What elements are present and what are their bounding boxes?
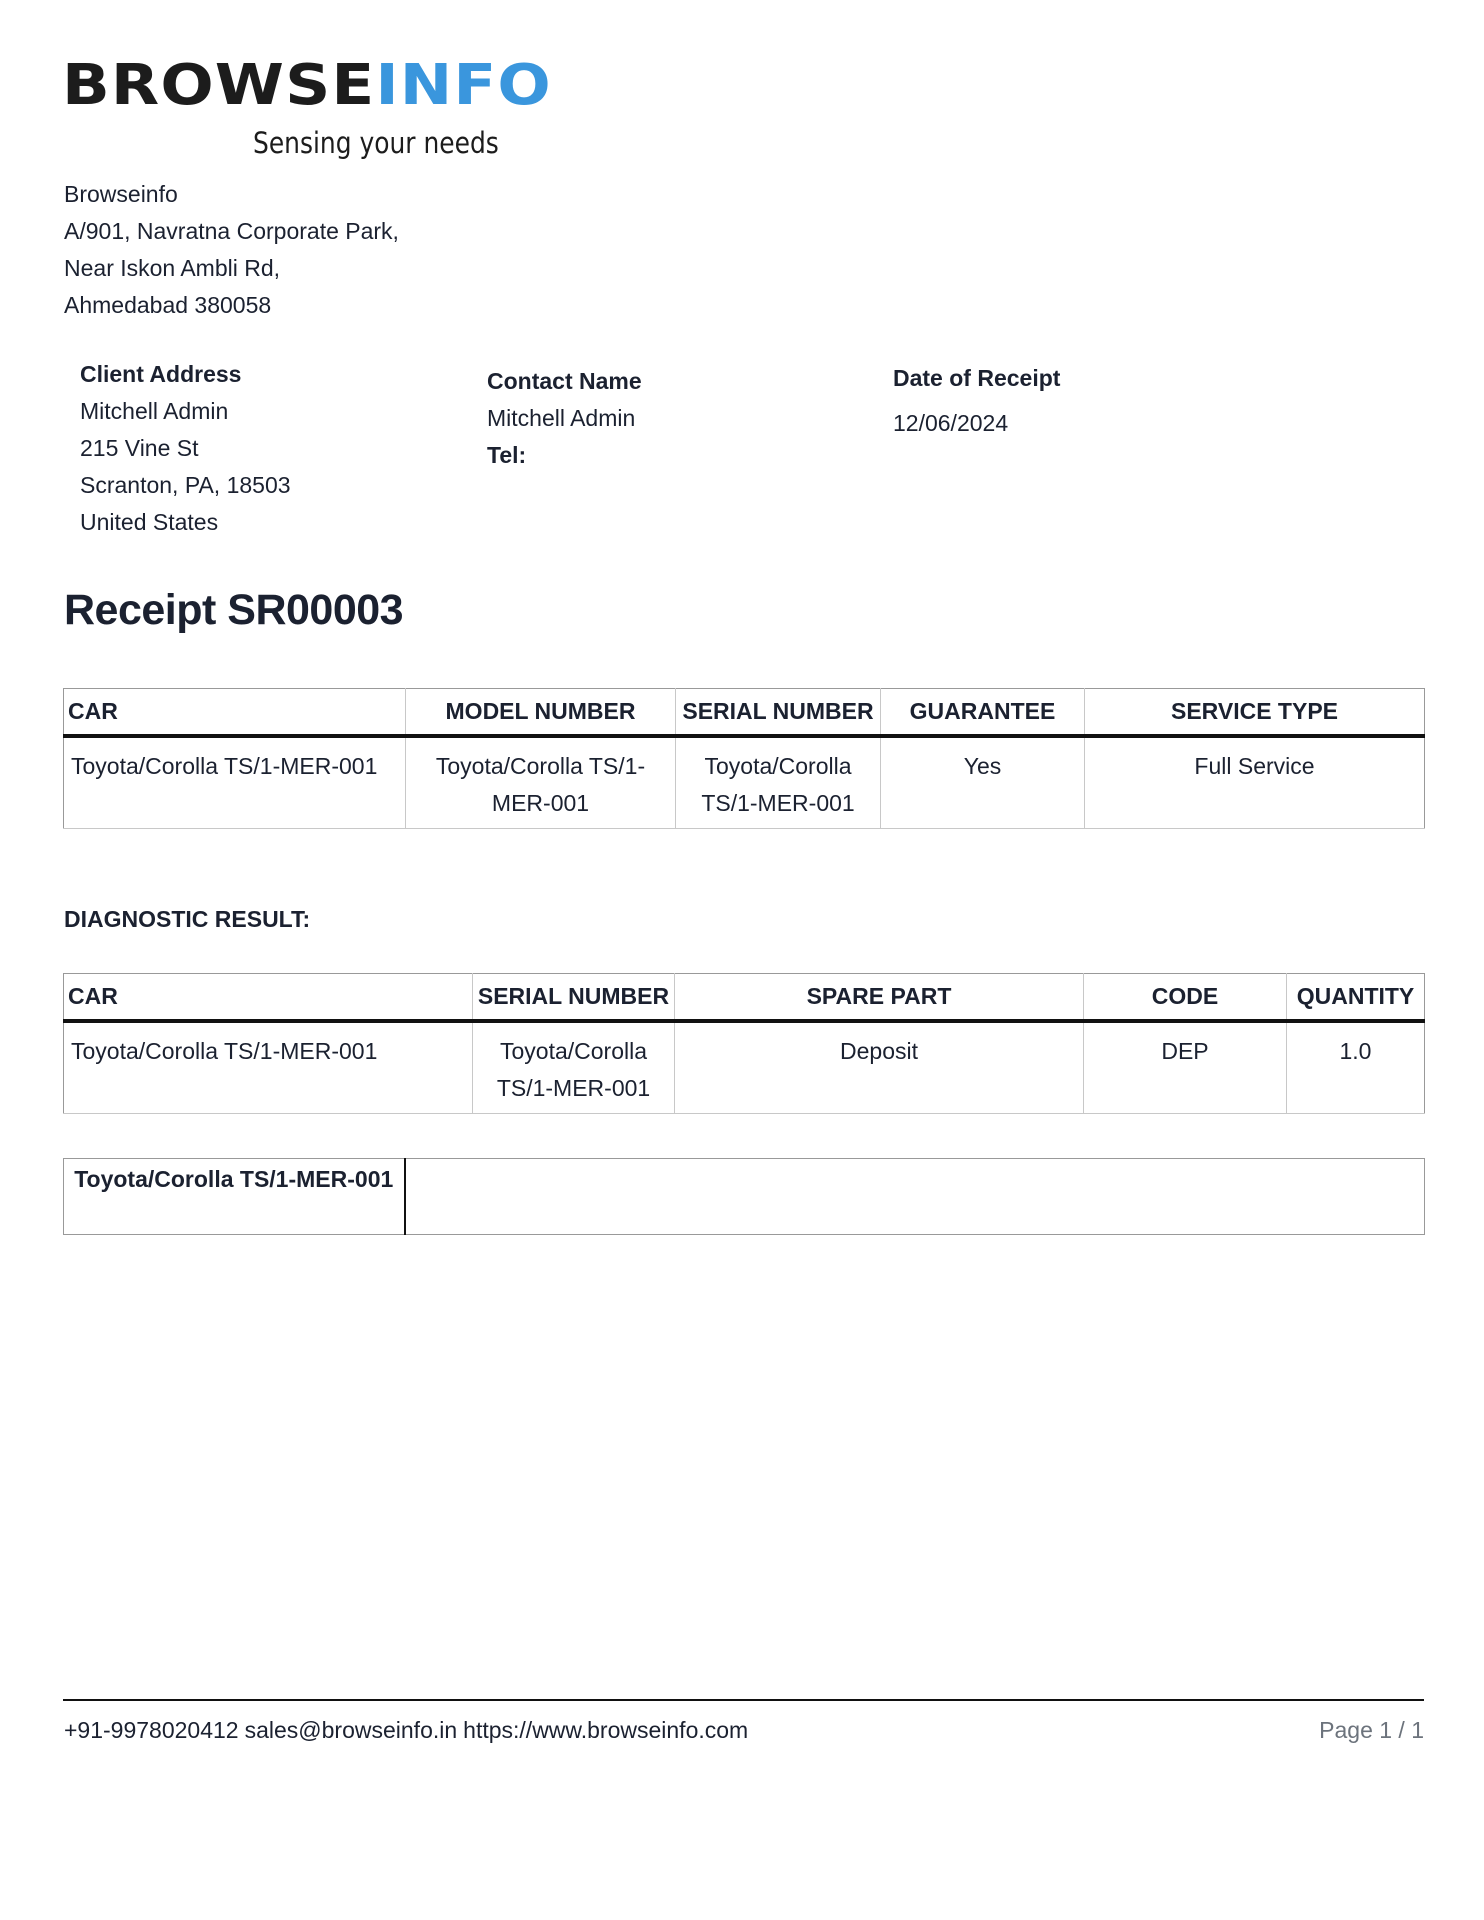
page-title: Receipt SR00003 <box>64 586 403 635</box>
footer-contact: +91-9978020412sales@browseinfo.inhttps:/… <box>64 1717 748 1744</box>
receipt-date-value: 12/06/2024 <box>893 405 1060 442</box>
cell-model-number: Toyota/Corolla TS/1-MER-001 <box>406 736 676 829</box>
receipt-date-label: Date of Receipt <box>893 360 1060 397</box>
column-header-model-number: MODEL NUMBER <box>406 689 676 737</box>
logo-brand-dark: BROWSE <box>62 53 375 118</box>
diagnostic-table: CAR SERIAL NUMBER SPARE PART CODE QUANTI… <box>63 973 1425 1114</box>
summary-value-cell <box>405 1159 1425 1235</box>
contact-name-value: Mitchell Admin <box>487 400 642 437</box>
footer-website[interactable]: https://www.browseinfo.com <box>463 1717 748 1743</box>
column-header-guarantee: GUARANTEE <box>881 689 1085 737</box>
column-header-car: CAR <box>64 974 473 1022</box>
footer-phone: +91-9978020412 <box>64 1717 239 1743</box>
table-header-row: CAR SERIAL NUMBER SPARE PART CODE QUANTI… <box>64 974 1425 1022</box>
summary-table: Toyota/Corolla TS/1-MER-001 <box>63 1158 1425 1235</box>
table-row: Toyota/Corolla TS/1-MER-001 <box>64 1159 1425 1235</box>
column-header-serial-number: SERIAL NUMBER <box>676 689 881 737</box>
contact-block: Contact Name Mitchell Admin Tel: <box>487 363 642 474</box>
cell-serial-number: Toyota/Corolla TS/1-MER-001 <box>676 736 881 829</box>
company-address: Browseinfo A/901, Navratna Corporate Par… <box>64 176 399 324</box>
client-address-line: Scranton, PA, 18503 <box>80 467 291 504</box>
contact-tel-label: Tel: <box>487 437 642 474</box>
column-header-code: CODE <box>1084 974 1287 1022</box>
footer-email[interactable]: sales@browseinfo.in <box>245 1717 458 1743</box>
company-address-line: Near Iskon Ambli Rd, <box>64 250 399 287</box>
client-address-label: Client Address <box>80 356 291 393</box>
column-header-spare-part: SPARE PART <box>675 974 1084 1022</box>
diagnostic-result-heading: DIAGNOSTIC RESULT: <box>64 906 310 933</box>
table-row: Toyota/Corolla TS/1-MER-001 Toyota/Corol… <box>64 736 1425 829</box>
footer-divider <box>63 1699 1424 1701</box>
column-header-car: CAR <box>64 689 406 737</box>
client-address-line: 215 Vine St <box>80 430 291 467</box>
cell-code: DEP <box>1084 1021 1287 1114</box>
company-address-line: A/901, Navratna Corporate Park, <box>64 213 399 250</box>
summary-car-label: Toyota/Corolla TS/1-MER-001 <box>64 1159 405 1235</box>
company-address-line: Ahmedabad 380058 <box>64 287 399 324</box>
column-header-quantity: QUANTITY <box>1287 974 1425 1022</box>
logo-brand-blue: INFO <box>375 53 551 118</box>
cell-spare-part: Deposit <box>675 1021 1084 1114</box>
page-number: Page 1 / 1 <box>1319 1717 1424 1744</box>
company-name: Browseinfo <box>64 176 399 213</box>
table-row: Toyota/Corolla TS/1-MER-001 Toyota/Corol… <box>64 1021 1425 1114</box>
receipt-date-block: Date of Receipt 12/06/2024 <box>893 360 1060 442</box>
logo-tagline: Sensing your needs <box>253 126 499 160</box>
cell-car: Toyota/Corolla TS/1-MER-001 <box>64 1021 473 1114</box>
cell-quantity: 1.0 <box>1287 1021 1425 1114</box>
column-header-serial-number: SERIAL NUMBER <box>473 974 675 1022</box>
company-logo: BROWSEINFO <box>62 58 552 114</box>
column-header-service-type: SERVICE TYPE <box>1085 689 1425 737</box>
contact-name-label: Contact Name <box>487 363 642 400</box>
cell-guarantee: Yes <box>881 736 1085 829</box>
client-address-line: Mitchell Admin <box>80 393 291 430</box>
client-address-line: United States <box>80 504 291 541</box>
cell-serial-number: Toyota/Corolla TS/1-MER-001 <box>473 1021 675 1114</box>
client-address-block: Client Address Mitchell Admin 215 Vine S… <box>80 356 291 541</box>
cell-service-type: Full Service <box>1085 736 1425 829</box>
service-table: CAR MODEL NUMBER SERIAL NUMBER GUARANTEE… <box>63 688 1425 829</box>
cell-car: Toyota/Corolla TS/1-MER-001 <box>64 736 406 829</box>
table-header-row: CAR MODEL NUMBER SERIAL NUMBER GUARANTEE… <box>64 689 1425 737</box>
